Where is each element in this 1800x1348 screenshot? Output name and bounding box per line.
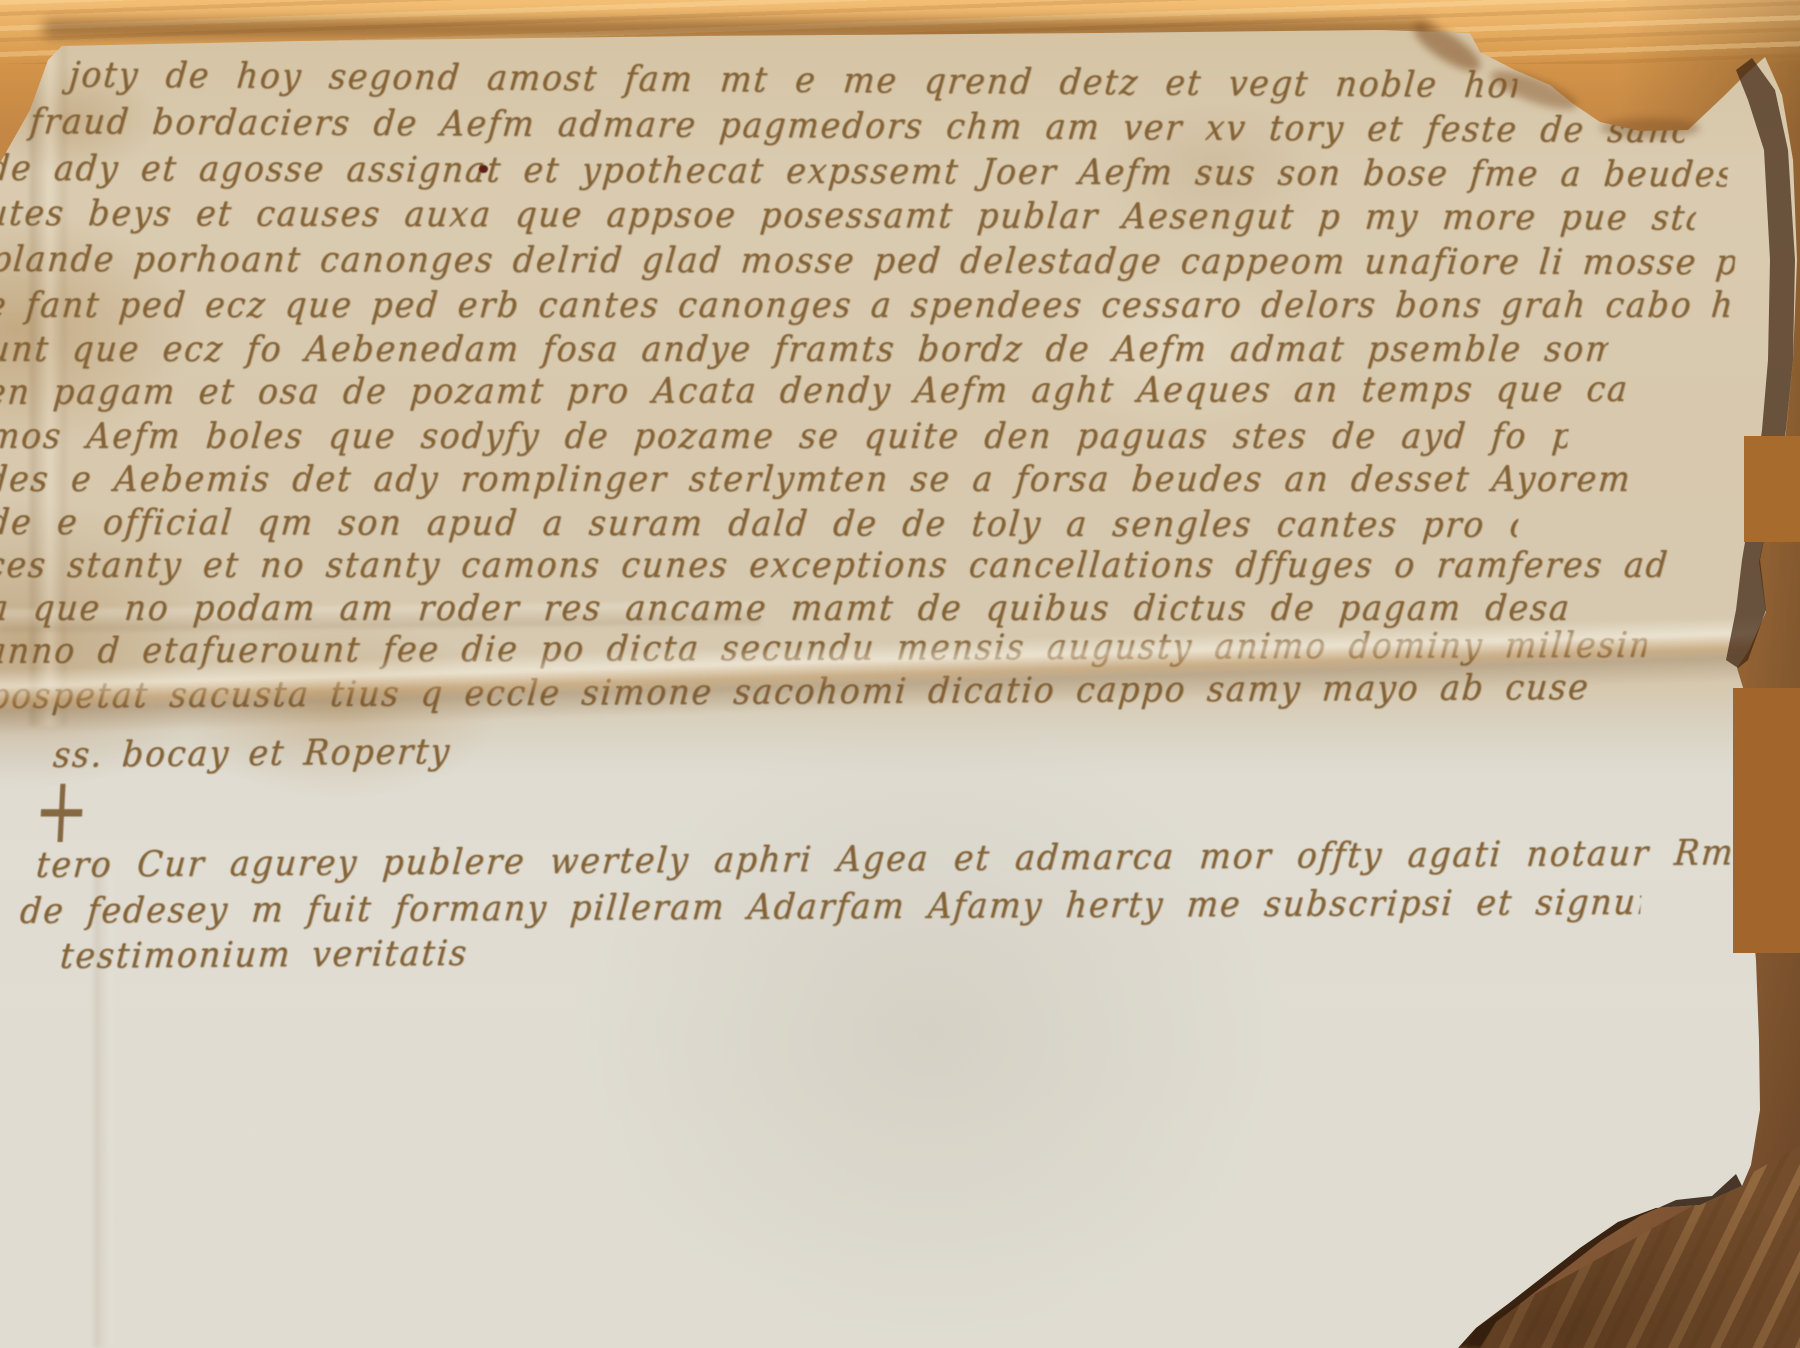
manuscript-line: e fraud bordaciers de Aefm admare pagmed…: [0, 99, 1687, 152]
manuscript-line: en pagam et osa de pozamt pro Acata dend…: [0, 367, 1638, 414]
manuscript-line: de e official qm son apud a suram dald d…: [0, 500, 1520, 547]
manuscript-line: des e Aebemis det ady romplinger sterlym…: [0, 457, 1668, 501]
manuscript-line: e fant ped ecz que ped erb cantes canong…: [0, 283, 1738, 327]
manuscript-line: ces stanty et no stanty camons cunes exc…: [0, 543, 1688, 587]
manuscript-line: unt que ecz fo Aebenedam fosa andye fram…: [0, 327, 1610, 371]
manuscript-line: de ady et agosse assignat et ypothecat e…: [0, 146, 1729, 196]
manuscript-line: testimonium veritatis: [58, 930, 642, 978]
manuscript-line: tero Cur agurey publere wertely aphri Ag…: [34, 830, 1739, 886]
singed-notch-edge: [1600, 118, 1700, 138]
manuscript-line: de fedesey m fuit formany pilleram Adarf…: [18, 880, 1642, 933]
manuscript-line: plande porhoant canonges delrid glad mos…: [0, 237, 1737, 284]
parchment-sheet: am joty de hoy segond amost fam mt e me …: [0, 0, 1800, 1348]
masking-patch-upper: [1744, 436, 1800, 542]
ink-blot: [479, 165, 488, 173]
manuscript-line: mos Aefm boles que sodyfy de pozame se q…: [0, 414, 1570, 458]
notarial-cross-mark: +: [31, 757, 92, 865]
manuscript-line: ss. bocay et Roperty: [52, 728, 596, 777]
manuscript-line: utes beys et causes auxa que appsoe pose…: [0, 191, 1698, 239]
manuscript-photo: am joty de hoy segond amost fam mt e me …: [0, 0, 1800, 1348]
manuscript-line: am joty de hoy segond amost fam mt e me …: [0, 52, 1519, 107]
masking-patch-lower: [1733, 688, 1800, 953]
